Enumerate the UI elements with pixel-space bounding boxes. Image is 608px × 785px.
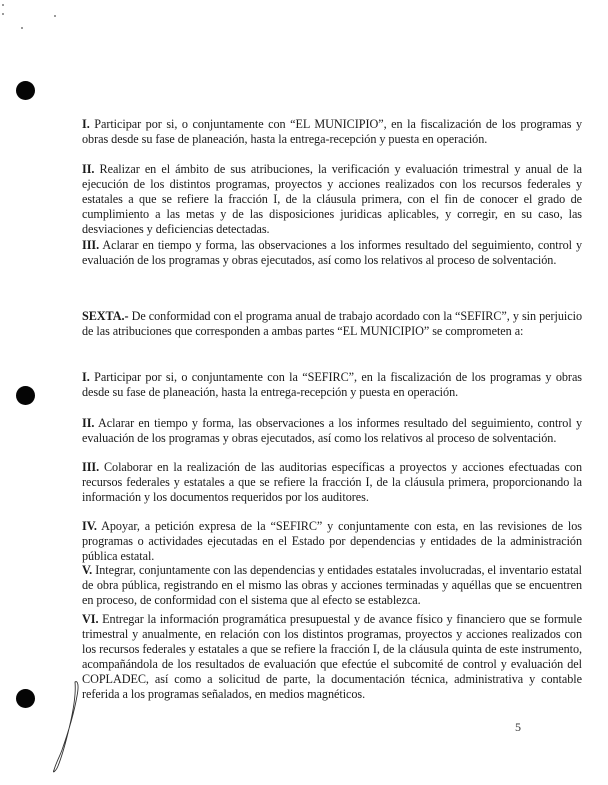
item-text: Entregar la información programática pre… xyxy=(82,612,582,701)
signature-initial-icon xyxy=(50,678,90,778)
sexta-item-4: IV. Apoyar, a petición expresa de la “SE… xyxy=(82,519,582,564)
item-text: Realizar en el ámbito de sus atribucione… xyxy=(82,162,582,236)
scan-speck xyxy=(54,15,56,17)
binder-hole-bottom xyxy=(16,689,35,708)
item-text: Apoyar, a petición expresa de la “SEFIRC… xyxy=(82,519,582,563)
sexta-item-6: VI. Entregar la información programática… xyxy=(82,612,582,702)
clause-item-3: III. Aclarar en tiempo y forma, las obse… xyxy=(82,238,582,268)
clause-heading: SEXTA.- xyxy=(82,309,129,323)
item-text: Participar por si, o conjuntamente con l… xyxy=(82,370,582,399)
clause-sexta-intro: SEXTA.- De conformidad con el programa a… xyxy=(82,309,582,339)
item-numeral: I. xyxy=(82,117,90,131)
page-number: 5 xyxy=(515,720,521,735)
item-text: Integrar, conjuntamente con las dependen… xyxy=(82,563,582,607)
clause-intro-text: De conformidad con el programa anual de … xyxy=(82,309,582,338)
scan-speck xyxy=(2,4,4,6)
scan-speck xyxy=(2,13,4,15)
clause-item-2: II. Realizar en el ámbito de sus atribuc… xyxy=(82,162,582,237)
sexta-item-2: II. Aclarar en tiempo y forma, las obser… xyxy=(82,416,582,446)
item-numeral: II. xyxy=(82,162,94,176)
scan-speck xyxy=(21,27,23,29)
item-numeral: VI. xyxy=(82,612,98,626)
sexta-item-1: I. Participar por si, o conjuntamente co… xyxy=(82,370,582,400)
item-text: Participar por si, o conjuntamente con “… xyxy=(82,117,582,146)
item-numeral: II. xyxy=(82,416,94,430)
clause-item-1: I. Participar por si, o conjuntamente co… xyxy=(82,117,582,147)
sexta-item-5: V. Integrar, conjuntamente con las depen… xyxy=(82,563,582,608)
item-text: Aclarar en tiempo y forma, las observaci… xyxy=(82,416,582,445)
sexta-item-3: III. Colaborar en la realización de las … xyxy=(82,460,582,505)
scanned-document-page: I. Participar por si, o conjuntamente co… xyxy=(0,0,608,785)
item-numeral: IV. xyxy=(82,519,97,533)
item-numeral: III. xyxy=(82,238,99,252)
item-text: Aclarar en tiempo y forma, las observaci… xyxy=(82,238,582,267)
item-numeral: III. xyxy=(82,460,99,474)
binder-hole-top xyxy=(16,81,35,100)
item-numeral: I. xyxy=(82,370,90,384)
binder-hole-middle xyxy=(16,386,35,405)
item-text: Colaborar en la realización de las audit… xyxy=(82,460,582,504)
item-numeral: V. xyxy=(82,563,92,577)
